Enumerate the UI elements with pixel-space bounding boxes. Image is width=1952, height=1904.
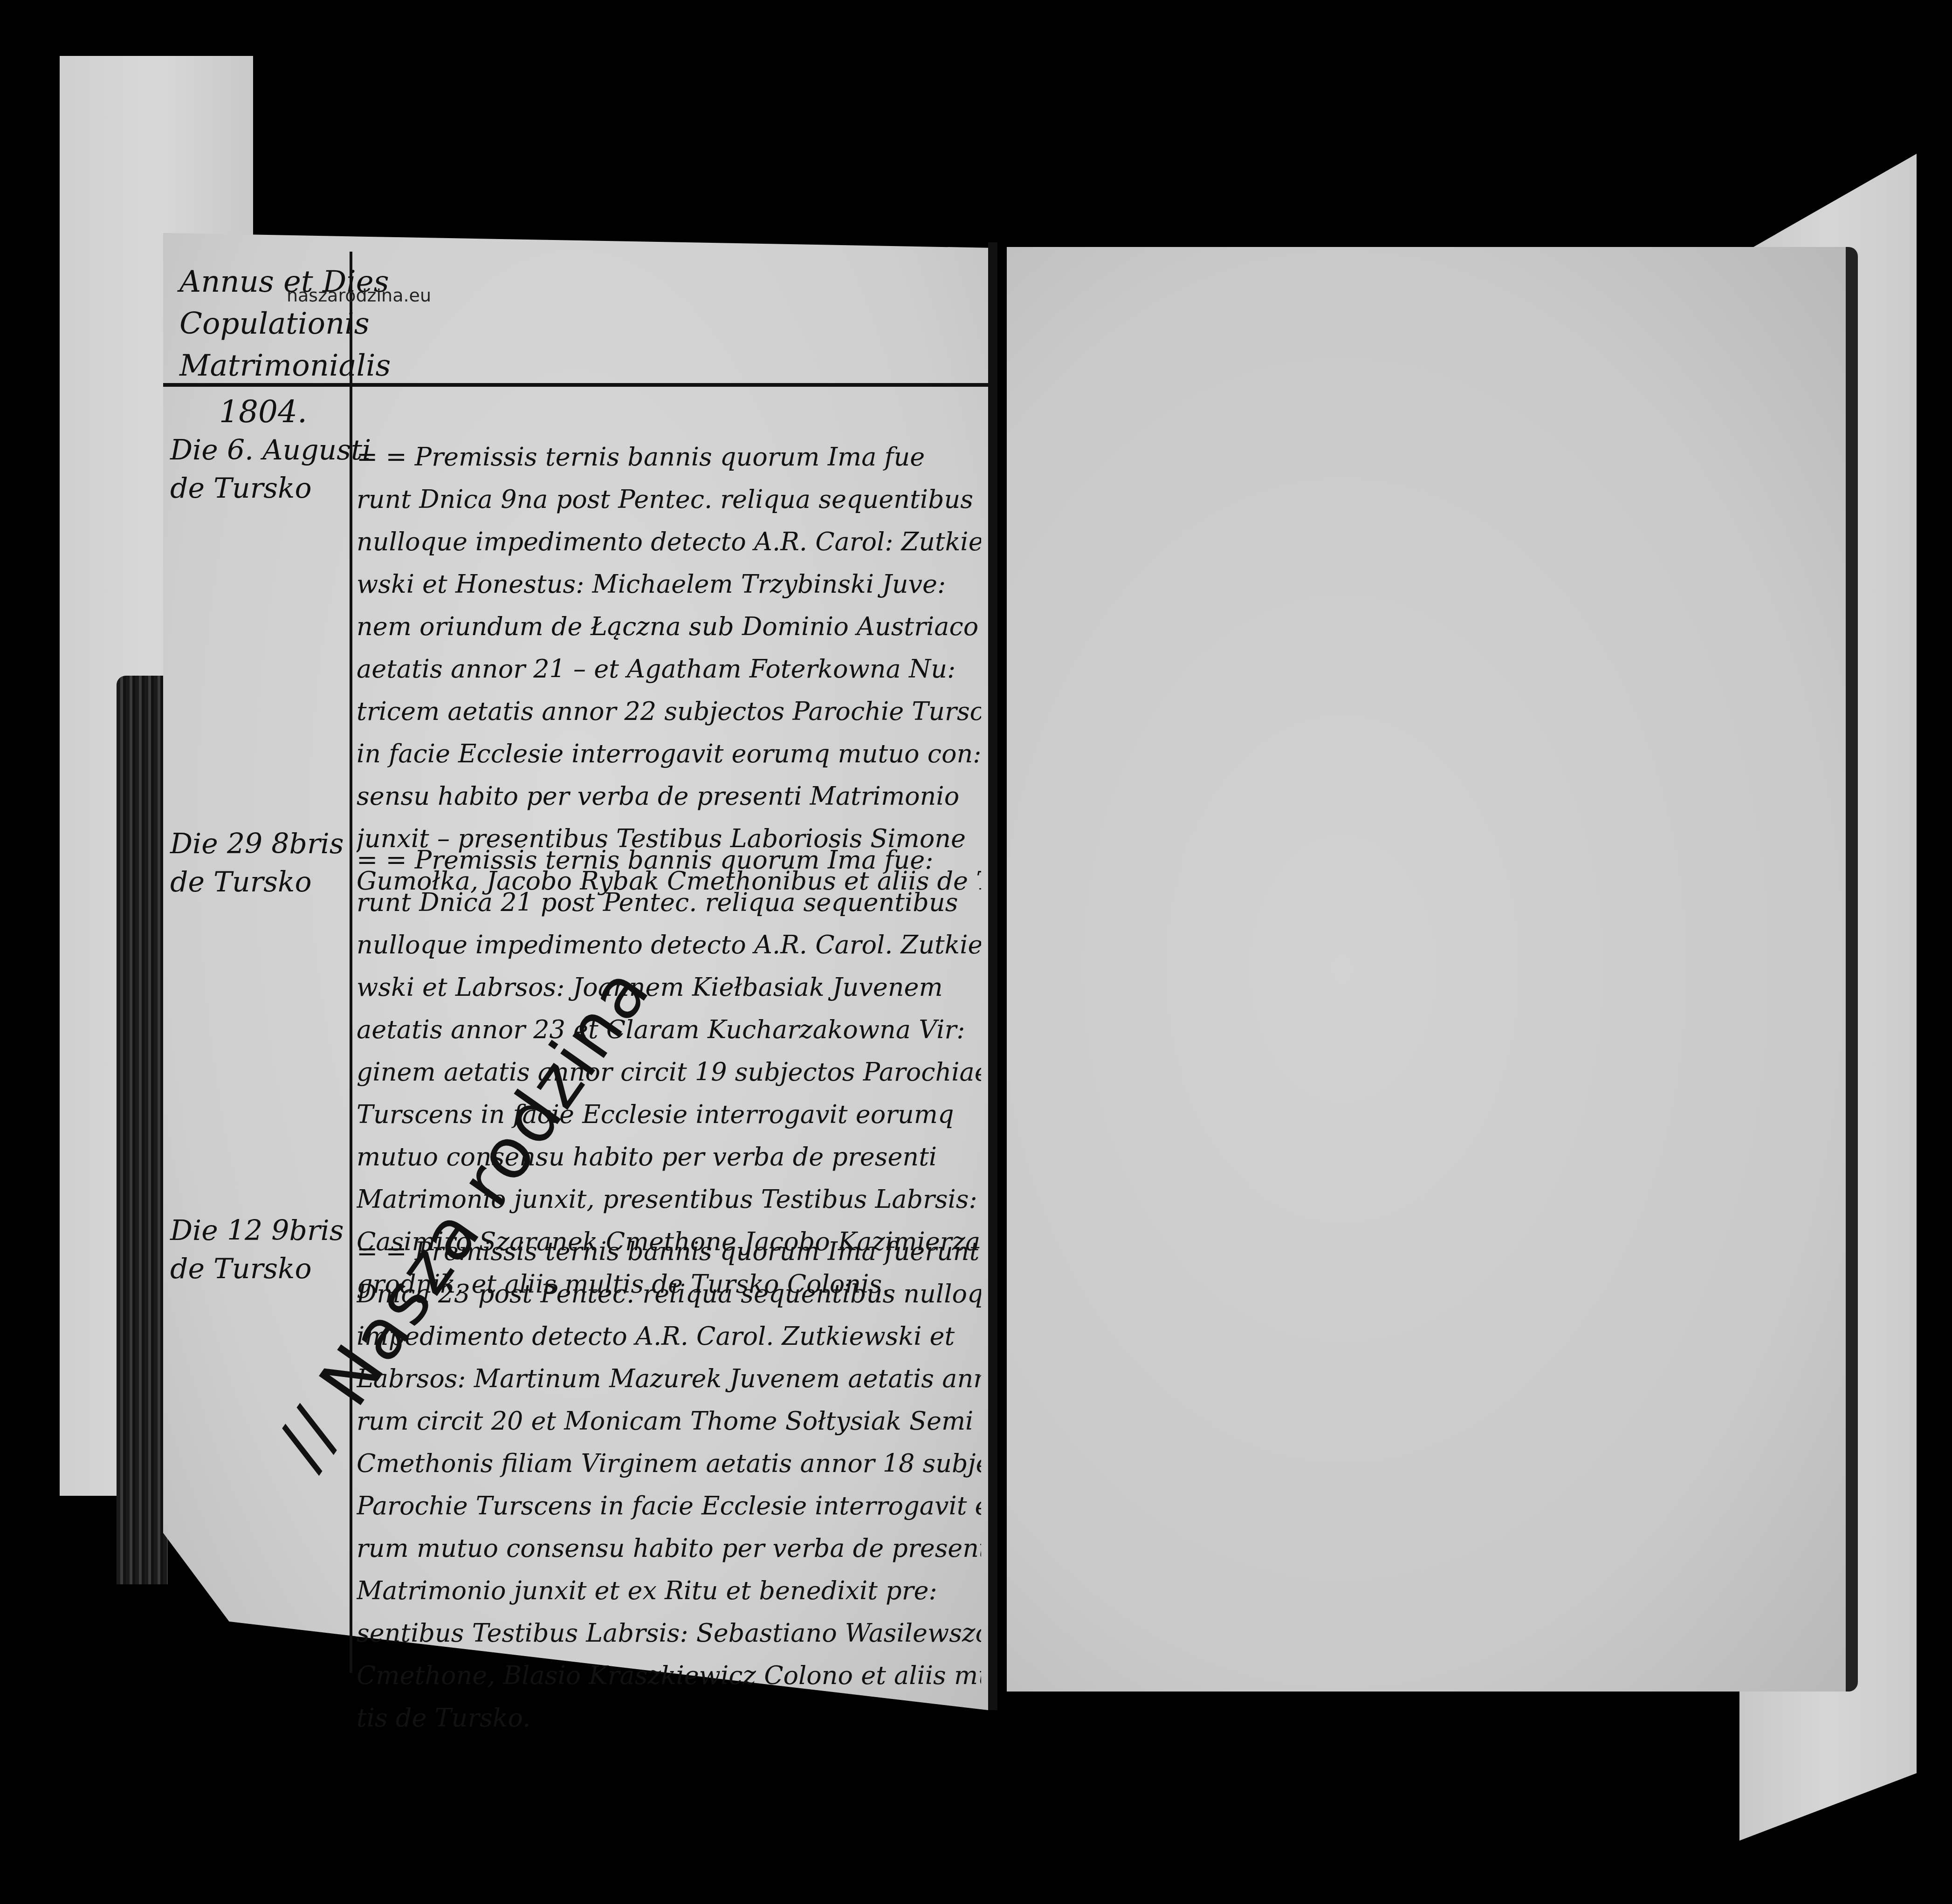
entry-line: tis de Tursko. (357, 1697, 981, 1739)
entry-line: sentibus Testibus Labrsis: Sebastiano Wa… (357, 1612, 981, 1654)
entry-line: Labrsos: Martinum Mazurek Juvenem aetati… (357, 1357, 981, 1400)
register-year: 1804. (219, 394, 307, 430)
entry-line: aetatis annor 21 – et Agatham Foterkowna… (357, 648, 981, 690)
entry-line: in facie Ecclesie interrogavit eorumq mu… (357, 733, 981, 775)
entry-line: Cmethonis filiam Virginem aetatis annor … (357, 1442, 981, 1485)
entry-3-place: de Tursko (170, 1250, 344, 1288)
book-spine (988, 242, 997, 1710)
entry-line: nulloque impedimento detecto A.R. Carol:… (357, 521, 981, 563)
header-line-3: Matrimonialis (179, 345, 391, 387)
entry-line: impedimento detecto A.R. Carol. Zutkiews… (357, 1315, 981, 1357)
entry-line: nem oriundum de Łączna sub Dominio Austr… (357, 605, 981, 648)
entry-3-text: = = Premissis ternis bannis quorum Ima f… (357, 1230, 981, 1739)
entry-line: sensu habito per verba de presenti Matri… (357, 775, 981, 817)
entry-line: Cmethone, Blasio Kraszkiewicz Colono et … (357, 1654, 981, 1697)
watermark-url: naszarodzina.eu (287, 285, 431, 306)
entry-line: = = Premissis ternis bannis quorum Ima f… (357, 436, 981, 478)
entry-2-margin: Die 29 8bris de Tursko (170, 825, 344, 901)
entry-2-date: Die 29 8bris (170, 825, 344, 863)
entry-line: rum mutuo consensu habito per verba de p… (357, 1527, 981, 1569)
entry-line: nulloque impedimento detecto A.R. Carol.… (357, 924, 981, 966)
entry-line: ginem aetatis annor circit 19 subjectos … (357, 1051, 981, 1093)
entry-1-text: = = Premissis ternis bannis quorum Ima f… (357, 436, 981, 902)
entry-line: tricem aetatis annor 22 subjectos Paroch… (357, 690, 981, 733)
book-cover-edge (117, 676, 168, 1584)
entry-3-margin: Die 12 9bris de Tursko (170, 1212, 344, 1288)
entry-line: rum circit 20 et Monicam Thome Sołtysiak… (357, 1400, 981, 1442)
entry-1-margin: Die 6. Augusti de Tursko (170, 431, 371, 507)
entry-line: Turscens in facie Ecclesie interrogavit … (357, 1093, 981, 1136)
header-line-2: Copulationis (179, 303, 391, 345)
entry-line: Matrimonio junxit et ex Ritu et benedixi… (357, 1569, 981, 1612)
register-header: Annus et Dies Copulationis Matrimonialis (179, 261, 391, 387)
entry-line: runt Dnica 21 post Pentec. reliqua seque… (357, 881, 981, 924)
entry-line: runt Dnica 9na post Pentec. reliqua sequ… (357, 478, 981, 521)
right-page-blank (1007, 247, 1858, 1692)
entry-line: wski et Labrsos: Joannem Kiełbasiak Juve… (357, 966, 981, 1008)
entry-1-date: Die 6. Augusti (170, 431, 371, 469)
entry-line: aetatis annor 23 et Claram Kucharzakowna… (357, 1008, 981, 1051)
entry-line: Parochie Turscens in facie Ecclesie inte… (357, 1485, 981, 1527)
entry-line: wski et Honestus: Michaelem Trzybinski J… (357, 563, 981, 605)
entry-1-place: de Tursko (170, 469, 371, 507)
entry-2-place: de Tursko (170, 863, 344, 901)
entry-3-date: Die 12 9bris (170, 1212, 344, 1250)
entry-line: = = Premissis ternis bannis quorum Ima f… (357, 839, 981, 881)
